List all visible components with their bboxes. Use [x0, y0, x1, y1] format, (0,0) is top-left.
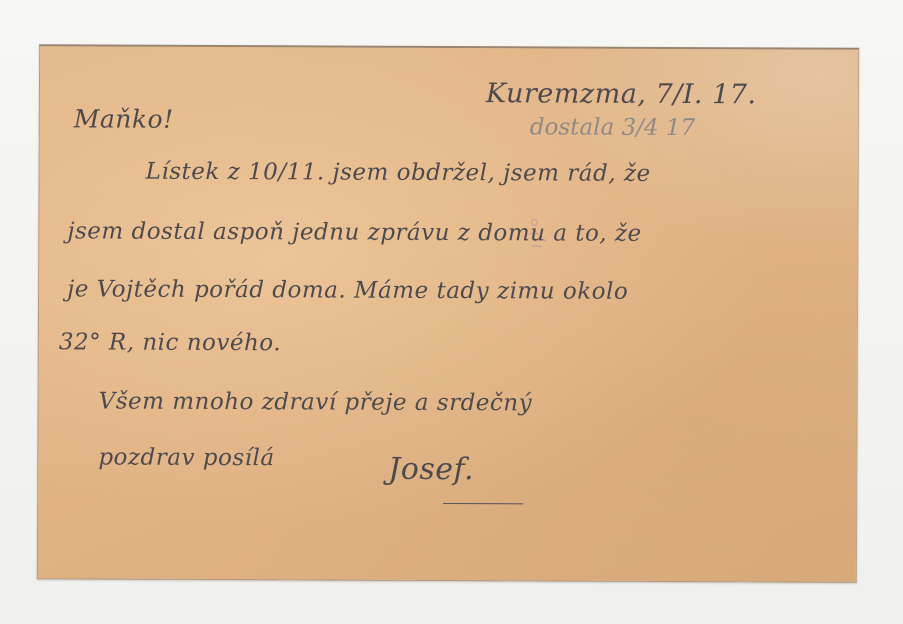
place-date: Kuremzma, 7/I. 17.: [486, 78, 757, 110]
stamp-icon: [526, 216, 556, 256]
body-line-4: 32° R, nic nového.: [59, 329, 281, 356]
scanned-postcard-page: Kuremzma, 7/I. 17. dostala 3/4 17 Maňko!…: [0, 0, 903, 624]
postcard: Kuremzma, 7/I. 17. dostala 3/4 17 Maňko!…: [37, 44, 859, 583]
body-line-3: je Vojtěch pořád doma. Máme tady zimu ok…: [67, 276, 628, 304]
signature-underline: [443, 503, 523, 504]
body-line-1: Lístek z 10/11. jsem obdržel, jsem rád, …: [146, 159, 651, 187]
body-line-6: pozdrav posílá: [98, 444, 274, 471]
censor-stamp-mark: [526, 216, 556, 256]
greeting: Maňko!: [74, 104, 174, 133]
received-note: dostala 3/4 17: [530, 114, 695, 141]
body-line-5: Všem mnoho zdraví přeje a srdečný: [99, 388, 533, 416]
signature: Josef.: [388, 452, 474, 487]
